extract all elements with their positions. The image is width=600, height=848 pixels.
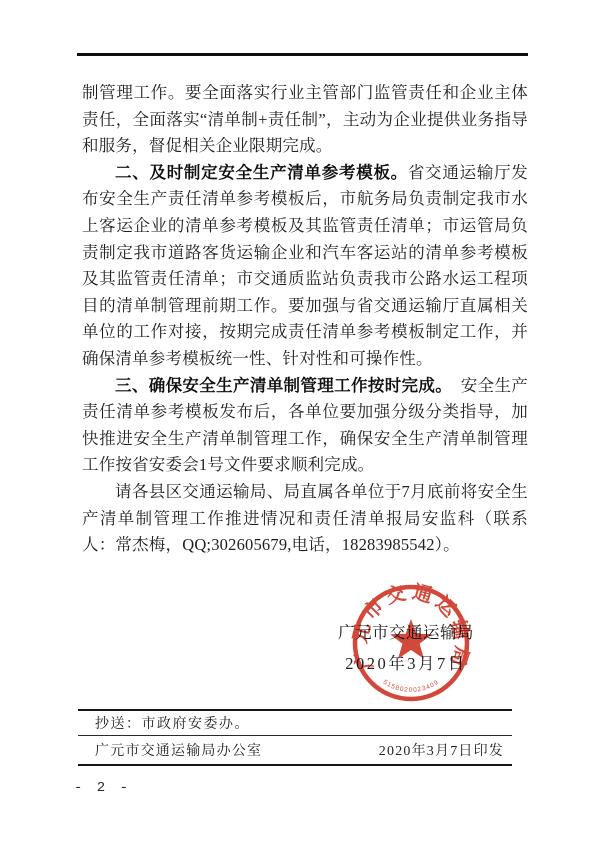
- section-heading-text: 二、及时制定安全生产清单参考模板。: [115, 163, 408, 182]
- paragraph: 制管理工作。要全面落实行业主管部门监管责任和企业主体责任，全面落实“清单制+责任…: [82, 80, 528, 160]
- document-page: 制管理工作。要全面落实行业主管部门监管责任和企业主体责任，全面落实“清单制+责任…: [0, 0, 600, 848]
- seal-star-icon: [390, 619, 432, 659]
- colophon-rule-bottom: [78, 764, 512, 766]
- colophon-rule-middle: [78, 735, 512, 736]
- print-date: 2020年3月7日印发: [379, 740, 504, 760]
- body-text: 省交通运输厅发布安全生产责任清单参考模板后，市航务局负责制定我市水上客运企业的清…: [82, 163, 528, 368]
- section-heading-text: 三、确保安全生产清单制管理工作按时完成。: [115, 376, 444, 395]
- paragraph: 三、确保安全生产清单制管理工作按时完成。 安全生产责任清单参考模板发布后，各单位…: [82, 373, 528, 479]
- paragraph: 请各县区交通运输局、局直属各单位于7月底前将安全生产清单制管理工作推进情况和责任…: [82, 479, 528, 559]
- page-number: - 2 -: [74, 780, 131, 796]
- colophon-rule-top: [78, 709, 512, 711]
- header-separator-rule: [77, 53, 528, 56]
- copy-to-line: 抄送：市政府安委办。: [95, 713, 250, 733]
- seal-serial-text: 5158020023409: [382, 679, 441, 694]
- body-text: 制管理工作。要全面落实行业主管部门监管责任和企业主体责任，全面落实“清单制+责任…: [82, 83, 528, 155]
- issuing-office: 广元市交通运输局办公室: [95, 740, 262, 760]
- official-seal-stamp: 广元市交通运输局 5158020023409: [346, 578, 476, 708]
- paragraph: 二、及时制定安全生产清单参考模板。省交通运输厅发布安全生产责任清单参考模板后，市…: [82, 160, 528, 373]
- body-text: 请各县区交通运输局、局直属各单位于7月底前将安全生产清单制管理工作推进情况和责任…: [82, 482, 528, 554]
- colophon-row: 广元市交通运输局办公室 2020年3月7日印发: [78, 740, 512, 760]
- document-body: 制管理工作。要全面落实行业主管部门监管责任和企业主体责任，全面落实“清单制+责任…: [82, 80, 528, 559]
